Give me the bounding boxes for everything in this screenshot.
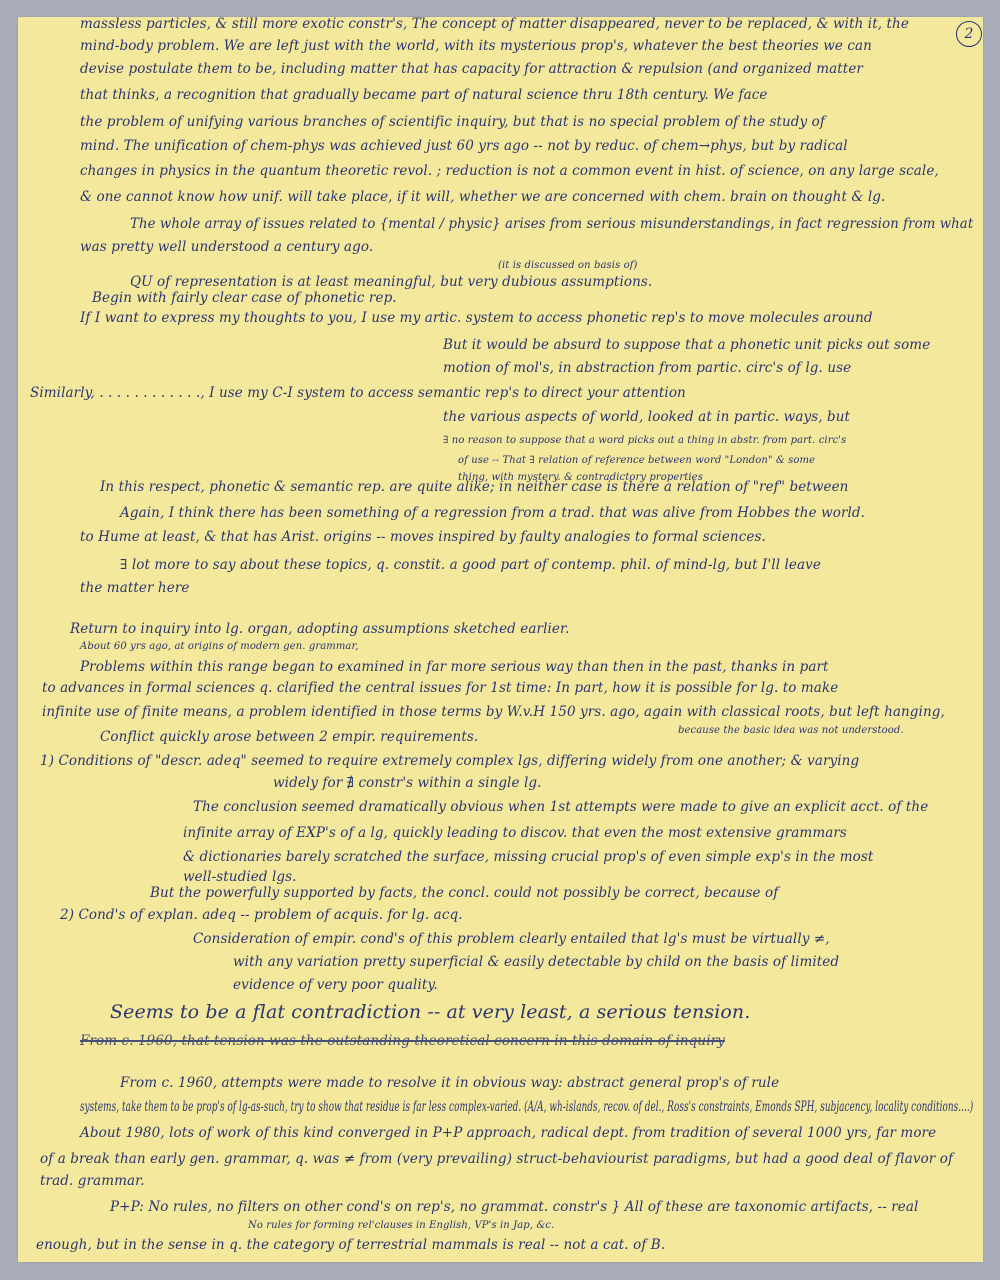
handwritten-line: & dictionaries barely scratched the surf… [183, 849, 873, 865]
handwritten-line: The whole array of issues related to {me… [130, 216, 973, 232]
handwritten-line: Similarly, . . . . . . . . . . . ., I us… [30, 385, 686, 401]
handwritten-line: infinite use of finite means, a problem … [42, 704, 945, 720]
handwritten-line: changes in physics in the quantum theore… [80, 163, 939, 179]
handwritten-line: systems, take them to be prop's of lg-as… [80, 1099, 973, 1115]
handwritten-insertion: No rules for forming rel'clauses in Engl… [248, 1220, 554, 1231]
handwritten-line: the problem of unifying various branches… [80, 114, 825, 130]
handwritten-line: widely for ∄ constr's within a single lg… [273, 775, 542, 791]
handwritten-line: Consideration of empir. cond's of this p… [193, 931, 830, 947]
handwritten-line: P+P: No rules, no filters on other cond'… [110, 1199, 918, 1215]
handwritten-line: Return to inquiry into lg. organ, adopti… [70, 621, 569, 637]
handwritten-line: Seems to be a flat contradiction -- at v… [110, 1001, 750, 1023]
handwritten-line: About 1980, lots of work of this kind co… [80, 1125, 936, 1141]
handwritten-line: About 60 yrs ago, at origins of modern g… [80, 641, 359, 652]
handwritten-line: infinite array of EXP's of a lg, quickly… [183, 825, 847, 841]
handwritten-line: motion of mol's, in abstraction from par… [443, 360, 851, 376]
handwritten-line: to advances in formal sciences q. clarif… [42, 680, 838, 696]
handwritten-insertion: because the basic idea was not understoo… [678, 725, 904, 736]
handwritten-line: Conflict quickly arose between 2 empir. … [100, 729, 478, 745]
handwritten-line: with any variation pretty superficial & … [233, 954, 839, 970]
handwritten-line: ∃ no reason to suppose that a word picks… [443, 435, 846, 446]
handwritten-line: & one cannot know how unif. will take pl… [80, 189, 885, 205]
handwritten-line: of use -- That ∃ relation of reference b… [458, 455, 815, 466]
handwritten-line: evidence of very poor quality. [233, 977, 438, 993]
struck-out-line: From c. 1960, that tension was the outst… [80, 1033, 725, 1049]
handwritten-line: to Hume at least, & that has Arist. orig… [80, 529, 766, 545]
handwritten-insertion: (it is discussed on basis of) [498, 260, 638, 271]
handwritten-line: If I want to express my thoughts to you,… [80, 310, 873, 326]
handwritten-line: Begin with fairly clear case of phonetic… [92, 290, 397, 306]
handwritten-line: But it would be absurd to suppose that a… [443, 337, 930, 353]
handwritten-line: the various aspects of world, looked at … [443, 409, 850, 425]
handwritten-line: 2) Cond's of explan. adeq -- problem of … [60, 907, 463, 923]
handwritten-line: massless particles, & still more exotic … [80, 16, 909, 32]
handwritten-line: of a break than early gen. grammar, q. w… [40, 1151, 953, 1167]
notepad-page: 2 massless particles, & still more exoti… [18, 17, 983, 1262]
handwritten-line: From c. 1960, attempts were made to reso… [120, 1075, 779, 1091]
handwritten-line: mind-body problem. We are left just with… [80, 38, 872, 54]
handwritten-line: Problems within this range began to exam… [80, 659, 829, 675]
handwritten-line: mind. The unification of chem-phys was a… [80, 138, 848, 154]
handwritten-line: the matter here [80, 580, 189, 596]
handwritten-line: enough, but in the sense in q. the categ… [36, 1237, 665, 1253]
handwritten-line: that thinks, a recognition that graduall… [80, 87, 768, 103]
handwritten-line: QU of representation is at least meaning… [130, 274, 652, 290]
handwritten-line: thing, with mystery. & contradictory pro… [458, 472, 703, 483]
handwritten-line: devise postulate them to be, including m… [80, 61, 863, 77]
handwritten-line: well-studied lgs. [183, 869, 297, 885]
handwritten-line: was pretty well understood a century ago… [80, 239, 373, 255]
handwritten-line: The conclusion seemed dramatically obvio… [193, 799, 928, 815]
page-number: 2 [956, 21, 982, 47]
handwritten-line: But the powerfully supported by facts, t… [150, 885, 778, 901]
handwritten-line: ∃ lot more to say about these topics, q.… [120, 557, 821, 573]
handwritten-line: trad. grammar. [40, 1173, 145, 1189]
handwritten-line: 1) Conditions of "descr. adeq" seemed to… [40, 753, 859, 769]
handwritten-line: Again, I think there has been something … [120, 505, 865, 521]
